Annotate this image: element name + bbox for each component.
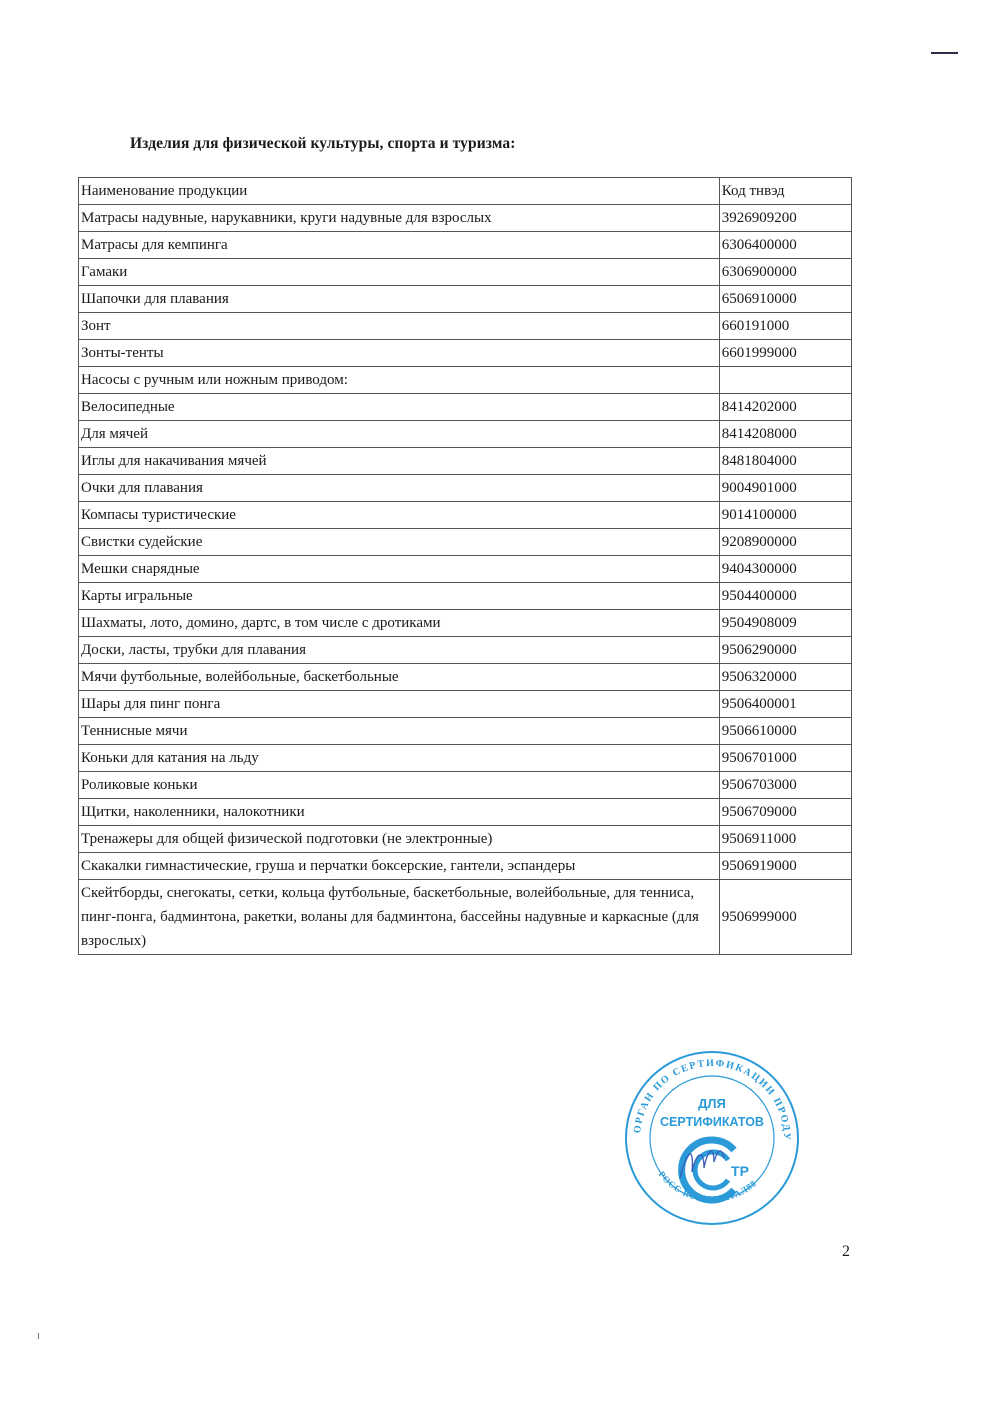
product-name-cell: Матрасы надувные, нарукавники, круги над… xyxy=(79,205,720,232)
table-row: Скакалки гимнастические, груша и перчатк… xyxy=(79,853,852,880)
tnved-code-cell: 9014100000 xyxy=(719,502,851,529)
tnved-code-cell: 9506709000 xyxy=(719,799,851,826)
table-row: Щитки, наколенники, налокотники950670900… xyxy=(79,799,852,826)
product-name-cell: Зонты-тенты xyxy=(79,340,720,367)
table-row: Зонт660191000 xyxy=(79,313,852,340)
tnved-code-cell: 9506911000 xyxy=(719,826,851,853)
table-row: Шахматы, лото, домино, дартс, в том числ… xyxy=(79,610,852,637)
tnved-code-cell: 3926909200 xyxy=(719,205,851,232)
product-name-cell: Доски, ласты, трубки для плавания xyxy=(79,637,720,664)
table-row: Карты игральные9504400000 xyxy=(79,583,852,610)
product-name-cell: Для мячей xyxy=(79,421,720,448)
corner-dash-mark xyxy=(931,52,958,54)
tnved-code-cell: 9004901000 xyxy=(719,475,851,502)
tnved-code-cell: 660191000 xyxy=(719,313,851,340)
product-name-cell: Коньки для катания на льду xyxy=(79,745,720,772)
table-row: Для мячей8414208000 xyxy=(79,421,852,448)
product-name-cell: Теннисные мячи xyxy=(79,718,720,745)
table-row: Компасы туристические9014100000 xyxy=(79,502,852,529)
table-row: Скейтборды, снегокаты, сетки, кольца фут… xyxy=(79,880,852,955)
stamp-center-line1: ДЛЯ xyxy=(698,1096,726,1111)
table-row: Мячи футбольные, волейбольные, баскетбол… xyxy=(79,664,852,691)
product-name-cell: Роликовые коньки xyxy=(79,772,720,799)
tnved-code-cell: 9506999000 xyxy=(719,880,851,955)
table-row: Тренажеры для общей физической подготовк… xyxy=(79,826,852,853)
tnved-code-cell: 6601999000 xyxy=(719,340,851,367)
table-row: Зонты-тенты6601999000 xyxy=(79,340,852,367)
table-header-row: Наименование продукции Код тнвэд xyxy=(79,178,852,205)
product-name-cell: Мячи футбольные, волейбольные, баскетбол… xyxy=(79,664,720,691)
section-title: Изделия для физической культуры, спорта … xyxy=(130,135,516,153)
header-tnved-code: Код тнвэд xyxy=(719,178,851,205)
product-name-cell: Мешки снарядные xyxy=(79,556,720,583)
table-row: Насосы с ручным или ножным приводом: xyxy=(79,367,852,394)
table-row: Роликовые коньки9506703000 xyxy=(79,772,852,799)
table-row: Доски, ласты, трубки для плавания9506290… xyxy=(79,637,852,664)
table-row: Шапочки для плавания6506910000 xyxy=(79,286,852,313)
table-row: Свистки судейские9208900000 xyxy=(79,529,852,556)
tnved-code-cell: 8481804000 xyxy=(719,448,851,475)
tnved-code-cell: 9506400001 xyxy=(719,691,851,718)
table-row: Гамаки6306900000 xyxy=(79,259,852,286)
tnved-code-cell: 9506610000 xyxy=(719,718,851,745)
tnved-code-cell xyxy=(719,367,851,394)
tnved-code-cell: 9404300000 xyxy=(719,556,851,583)
tnved-code-cell: 9506703000 xyxy=(719,772,851,799)
product-name-cell: Гамаки xyxy=(79,259,720,286)
tnved-code-cell: 8414202000 xyxy=(719,394,851,421)
table-row: Матрасы для кемпинга6306400000 xyxy=(79,232,852,259)
product-name-cell: Тренажеры для общей физической подготовк… xyxy=(79,826,720,853)
product-name-cell: Скейтборды, снегокаты, сетки, кольца фут… xyxy=(79,880,720,955)
product-name-cell: Иглы для накачивания мячей xyxy=(79,448,720,475)
product-name-cell: Шапочки для плавания xyxy=(79,286,720,313)
tnved-code-cell: 9504908009 xyxy=(719,610,851,637)
stamp-center-line2: СЕРТИФИКАТОВ xyxy=(660,1115,764,1129)
tnved-code-cell: 9506290000 xyxy=(719,637,851,664)
tnved-code-cell: 9504400000 xyxy=(719,583,851,610)
product-name-cell: Шары для пинг понга xyxy=(79,691,720,718)
tnved-code-cell: 6506910000 xyxy=(719,286,851,313)
certification-stamp: ОРГАН ПО СЕРТИФИКАЦИИ ПРОДУКЦИИ «СОЮЗТЕС… xyxy=(622,1048,802,1228)
header-product-name: Наименование продукции xyxy=(79,178,720,205)
product-name-cell: Велосипедные xyxy=(79,394,720,421)
product-name-cell: Карты игральные xyxy=(79,583,720,610)
table-row: Мешки снарядные9404300000 xyxy=(79,556,852,583)
table-row: Иглы для накачивания мячей8481804000 xyxy=(79,448,852,475)
stamp-logo-text: ТР xyxy=(731,1163,749,1179)
margin-mark xyxy=(38,1333,39,1339)
tnved-code-cell: 9506919000 xyxy=(719,853,851,880)
product-name-cell: Скакалки гимнастические, груша и перчатк… xyxy=(79,853,720,880)
tnved-code-cell: 6306900000 xyxy=(719,259,851,286)
tnved-code-cell: 6306400000 xyxy=(719,232,851,259)
page-number: 2 xyxy=(842,1243,850,1261)
product-name-cell: Щитки, наколенники, налокотники xyxy=(79,799,720,826)
products-table: Наименование продукции Код тнвэд Матрасы… xyxy=(78,177,852,955)
tnved-code-cell: 9506320000 xyxy=(719,664,851,691)
product-name-cell: Насосы с ручным или ножным приводом: xyxy=(79,367,720,394)
product-name-cell: Очки для плавания xyxy=(79,475,720,502)
table-row: Шары для пинг понга9506400001 xyxy=(79,691,852,718)
tnved-code-cell: 9208900000 xyxy=(719,529,851,556)
table-row: Велосипедные8414202000 xyxy=(79,394,852,421)
table-row: Коньки для катания на льду9506701000 xyxy=(79,745,852,772)
product-name-cell: Матрасы для кемпинга xyxy=(79,232,720,259)
product-name-cell: Зонт xyxy=(79,313,720,340)
tnved-code-cell: 8414208000 xyxy=(719,421,851,448)
table-row: Матрасы надувные, нарукавники, круги над… xyxy=(79,205,852,232)
tnved-code-cell: 9506701000 xyxy=(719,745,851,772)
table-row: Теннисные мячи9506610000 xyxy=(79,718,852,745)
product-name-cell: Свистки судейские xyxy=(79,529,720,556)
product-name-cell: Шахматы, лото, домино, дартс, в том числ… xyxy=(79,610,720,637)
table-row: Очки для плавания9004901000 xyxy=(79,475,852,502)
gost-logo-icon xyxy=(682,1140,734,1200)
product-name-cell: Компасы туристические xyxy=(79,502,720,529)
